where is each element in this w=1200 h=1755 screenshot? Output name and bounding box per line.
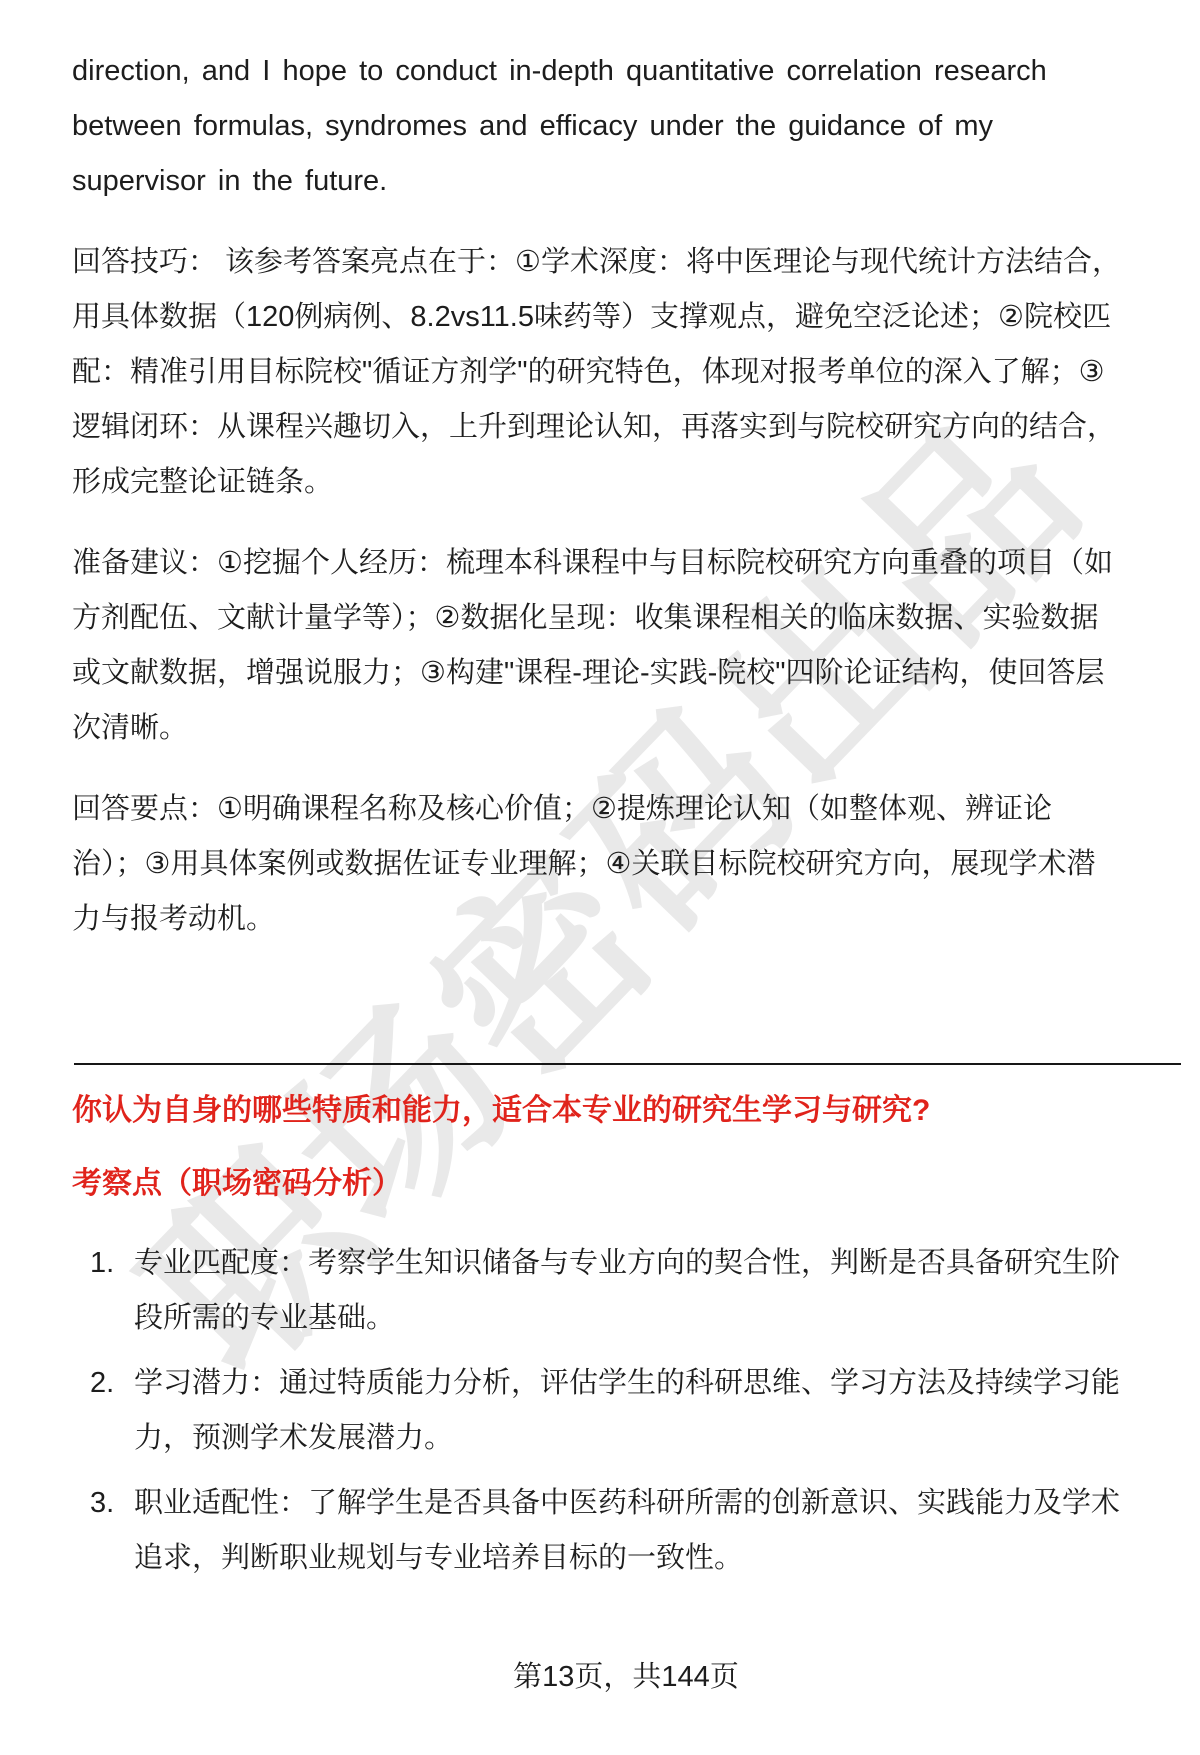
list-item-text: 职业适配性：了解学生是否具备中医药科研所需的创新意识、实践能力及学术 追求，判断… bbox=[134, 1476, 1154, 1586]
section-divider bbox=[74, 1063, 1181, 1065]
paragraph-preparation-advice: 准备建议：①挖掘个人经历：梳理本科课程中与目标院校研究方向重叠的项目（如 方剂配… bbox=[72, 536, 1172, 756]
document-page: 职场密码出品 direction, and I hope to conduct … bbox=[0, 0, 1200, 1755]
question-title: 你认为自身的哪些特质和能力，适合本专业的研究生学习与研究? bbox=[72, 1083, 1172, 1138]
list-item: 2. 学习潜力：通过特质能力分析，评估学生的科研思维、学习方法及持续学习能 力，… bbox=[72, 1356, 1172, 1466]
analysis-points-subtitle: 考察点（职场密码分析） bbox=[72, 1156, 1172, 1211]
list-item: 3. 职业适配性：了解学生是否具备中医药科研所需的创新意识、实践能力及学术 追求… bbox=[72, 1476, 1172, 1586]
list-item-text: 学习潜力：通过特质能力分析，评估学生的科研思维、学习方法及持续学习能 力，预测学… bbox=[134, 1356, 1154, 1466]
assessment-points-list: 1. 专业匹配度：考察学生知识储备与专业方向的契合性，判断是否具备研究生阶 段所… bbox=[72, 1236, 1172, 1586]
list-item-text: 专业匹配度：考察学生知识储备与专业方向的契合性，判断是否具备研究生阶 段所需的专… bbox=[134, 1236, 1154, 1346]
list-item-number: 2. bbox=[90, 1356, 134, 1466]
page-content: direction, and I hope to conduct in-dept… bbox=[0, 0, 1200, 1705]
paragraph-answer-technique: 回答技巧： 该参考答案亮点在于：①学术深度：将中医理论与现代统计方法结合， 用具… bbox=[72, 235, 1172, 510]
paragraph-english-answer: direction, and I hope to conduct in-dept… bbox=[72, 44, 1172, 209]
list-item-number: 1. bbox=[90, 1236, 134, 1346]
list-item-number: 3. bbox=[90, 1476, 134, 1586]
list-item: 1. 专业匹配度：考察学生知识储备与专业方向的契合性，判断是否具备研究生阶 段所… bbox=[72, 1236, 1172, 1346]
page-number-footer: 第13页，共144页 bbox=[72, 1650, 1180, 1705]
paragraph-answer-points: 回答要点：①明确课程名称及核心价值；②提炼理论认知（如整体观、辨证论 治）；③用… bbox=[72, 782, 1172, 947]
page-indicator: 第13页，共144页 bbox=[513, 1661, 739, 1693]
